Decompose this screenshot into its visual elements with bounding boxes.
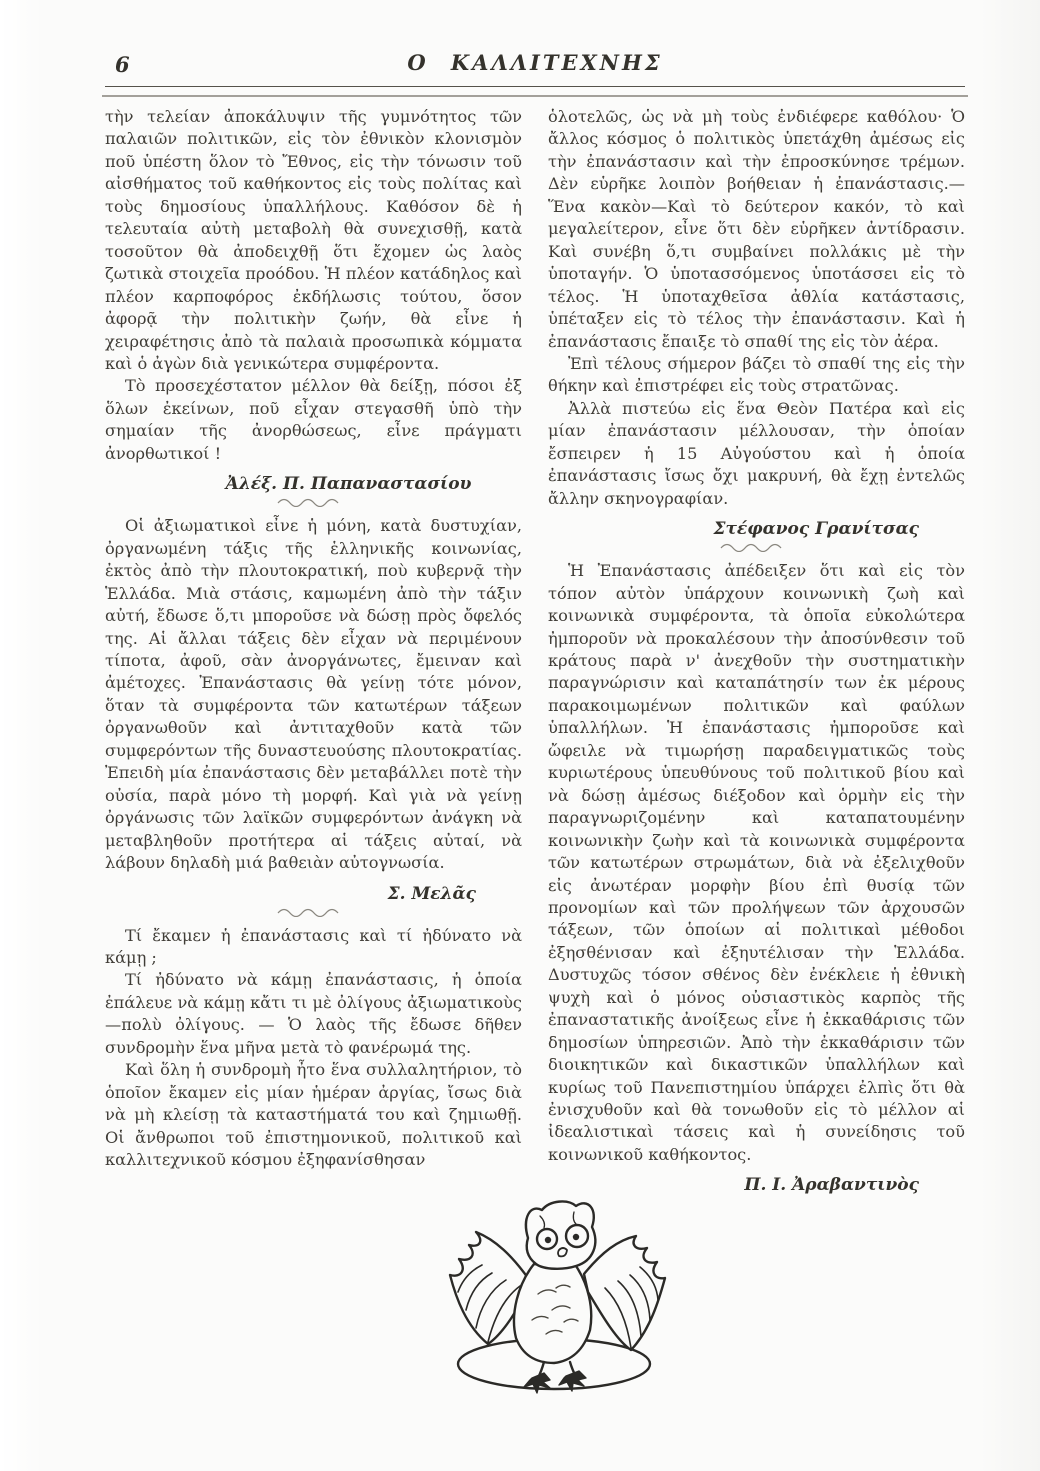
right-column: ὁλοτελῶς, ὡς νὰ μὴ τοὺς ἐνδιέφερε καθόλο… <box>548 106 965 1198</box>
author-signature: Στέφανος Γρανίτσας <box>548 517 965 541</box>
header-rule-top <box>105 86 965 87</box>
wavy-divider <box>276 497 352 507</box>
wavy-divider <box>719 542 795 552</box>
paragraph: Καὶ ὅλη ἡ συνδρομὴ ἦτο ἕνα συλλαλητήριον… <box>105 1059 522 1171</box>
paragraph: Ἀλλὰ πιστεύω εἰς ἕνα Θεὸν Πατέρα καὶ εἰς… <box>548 398 965 510</box>
paragraph: Τί ἠδύνατο νὰ κάμῃ ἐπανάστασις, ἡ ὁποία … <box>105 969 522 1059</box>
paragraph: τὴν τελείαν ἀποκάλυψιν τῆς γυμνότητος τῶ… <box>105 106 522 375</box>
paragraph: Ἐπὶ τέλους σήμερον βάζει τὸ σπαθί της εἰ… <box>548 353 965 398</box>
scanned-magazine-page: 6 Ο ΚΑΛΛΙΤΕΧΝΗΣ τὴν τελείαν ἀποκάλυψιν τ… <box>0 0 1040 1471</box>
author-signature: Σ. Μελᾶς <box>105 882 522 906</box>
header-rule-bottom <box>102 95 968 97</box>
left-column: τὴν τελείαν ἀποκάλυψιν τῆς γυμνότητος τῶ… <box>105 106 522 1198</box>
paragraph: Τὸ προσεχέστατον μέλλον θὰ δείξῃ, πόσοι … <box>105 375 522 465</box>
page-header: 6 Ο ΚΑΛΛΙΤΕΧΝΗΣ <box>105 50 965 82</box>
paragraph: Τί ἔκαμεν ἡ ἐπανάστασις καὶ τί ἠδύνατο ν… <box>105 925 522 970</box>
author-signature: Ἀλέξ. Π. Παπαναστασίου <box>105 472 522 496</box>
page-title: Ο ΚΑΛΛΙΤΕΧΝΗΣ <box>105 50 965 75</box>
wavy-divider <box>276 907 352 917</box>
paragraph: ὁλοτελῶς, ὡς νὰ μὴ τοὺς ἐνδιέφερε καθόλο… <box>548 106 965 353</box>
paragraph: Οἱ ἀξιωματικοὶ εἶνε ἡ μόνη, κατὰ δυστυχί… <box>105 515 522 874</box>
paragraph: Ἡ Ἐπανάστασις ἀπέδειξεν ὅτι καὶ εἰς τὸν … <box>548 560 965 1166</box>
owl-illustration <box>428 1192 684 1397</box>
text-columns: τὴν τελείαν ἀποκάλυψιν τῆς γυμνότητος τῶ… <box>105 106 965 1198</box>
